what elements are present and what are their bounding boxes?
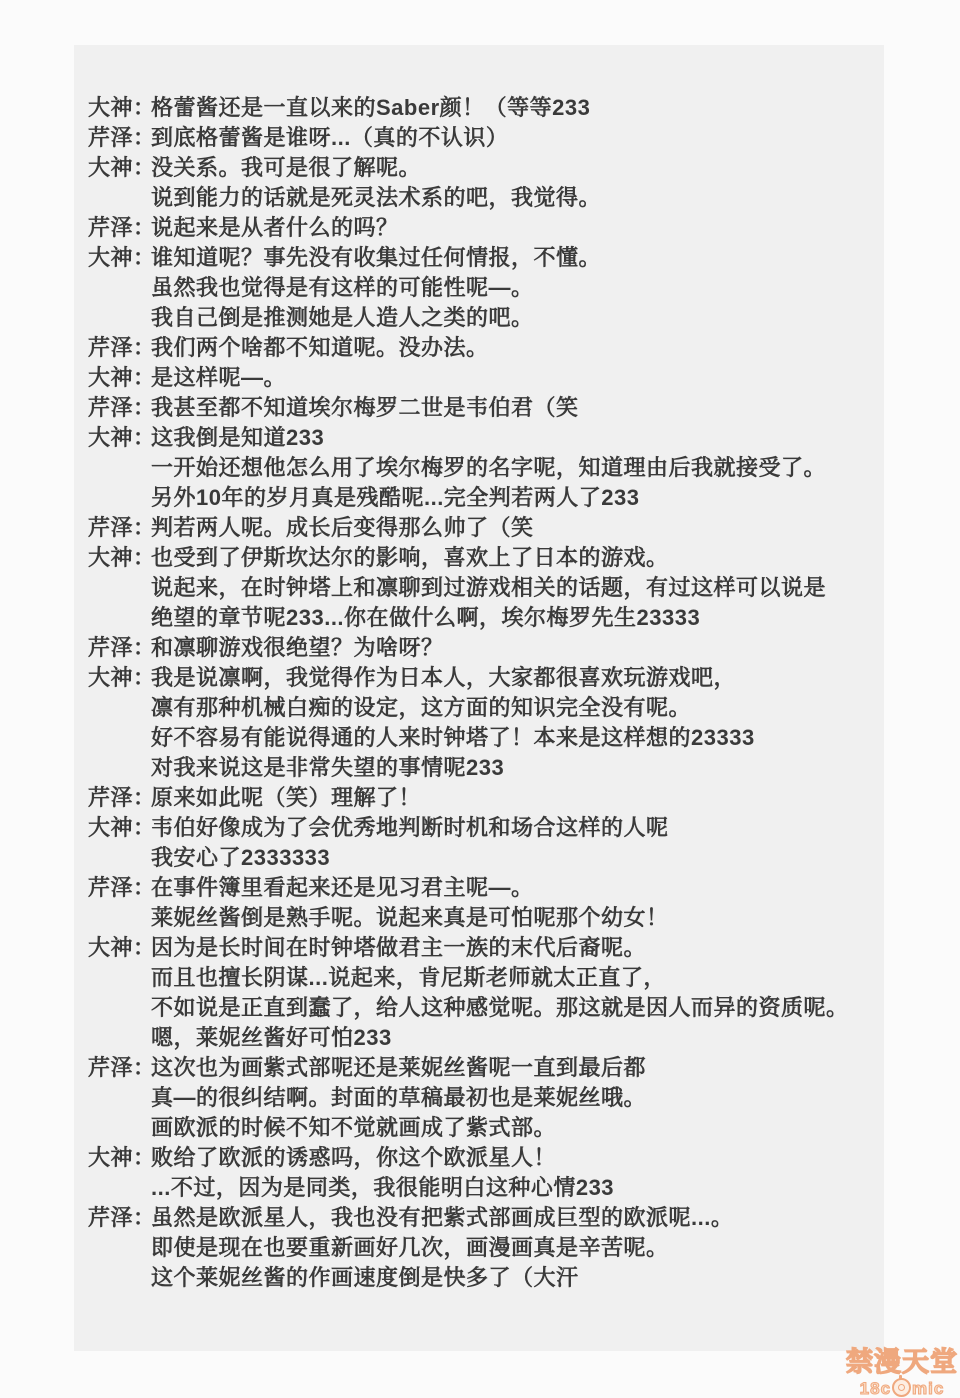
speech-line: 即使是现在也要重新画好几次，画漫画真是辛苦呢。 (151, 1233, 874, 1263)
speaker-label: 芹泽： (88, 393, 151, 423)
speech-line: 败给了欧派的诱惑吗，你这个欧派星人！ (151, 1143, 874, 1173)
speech-lines: 我是说凛啊，我觉得作为日本人，大家都很喜欢玩游戏吧，凛有那种机械白痴的设定，这方… (151, 663, 874, 783)
speech-line: 原来如此呢（笑）理解了！ (151, 783, 874, 813)
speech-lines: 没关系。我可是很了解呢。说到能力的话就是死灵法术系的吧，我觉得。 (151, 153, 874, 213)
watermark-logo-prefix: 18c (860, 1379, 891, 1398)
speech-line: 和凛聊游戏很绝望？为啥呀？ (151, 633, 874, 663)
speech-lines: 说起来是从者什么的吗？ (151, 213, 874, 243)
dialogue-entry: 大神：也受到了伊斯坎达尔的影响，喜欢上了日本的游戏。说起来，在时钟塔上和凛聊到过… (88, 543, 874, 633)
speech-lines: 是这样呢—。 (151, 363, 874, 393)
speech-line: 说到能力的话就是死灵法术系的吧，我觉得。 (151, 183, 874, 213)
speech-line: 判若两人呢。成长后变得那么帅了（笑 (151, 513, 874, 543)
speech-line: 我甚至都不知道埃尔梅罗二世是韦伯君（笑 (151, 393, 874, 423)
speech-lines: 因为是长时间在时钟塔做君主一族的末代后裔呢。而且也擅长阴谋...说起来，肯尼斯老… (151, 933, 874, 1053)
speech-line: 不如说是正直到蠢了，给人这种感觉呢。那这就是因人而异的资质呢。 (151, 993, 874, 1023)
speaker-label: 芹泽： (88, 123, 151, 153)
speech-line: 我是说凛啊，我觉得作为日本人，大家都很喜欢玩游戏吧， (151, 663, 874, 693)
speech-line: ...不过，因为是同类，我很能明白这种心情233 (151, 1173, 874, 1203)
dialogue-entry: 芹泽：我们两个啥都不知道呢。没办法。 (88, 333, 874, 363)
speech-line: 因为是长时间在时钟塔做君主一族的末代后裔呢。 (151, 933, 874, 963)
speaker-label: 大神： (88, 1143, 151, 1173)
dialogue-entry: 芹泽：我甚至都不知道埃尔梅罗二世是韦伯君（笑 (88, 393, 874, 423)
speaker-label: 大神： (88, 933, 151, 963)
dialogue-entry: 芹泽：在事件簿里看起来还是见习君主呢—。莱妮丝酱倒是熟手呢。说起来真是可怕呢那个… (88, 873, 874, 933)
dialogue-entry: 芹泽：到底格蕾酱是谁呀...（真的不认识） (88, 123, 874, 153)
speech-line: 到底格蕾酱是谁呀...（真的不认识） (151, 123, 874, 153)
speech-lines: 这次也为画紫式部呢还是莱妮丝酱呢一直到最后都真—的很纠结啊。封面的草稿最初也是莱… (151, 1053, 874, 1143)
speech-lines: 到底格蕾酱是谁呀...（真的不认识） (151, 123, 874, 153)
speech-lines: 在事件簿里看起来还是见习君主呢—。莱妮丝酱倒是熟手呢。说起来真是可怕呢那个幼女！ (151, 873, 874, 933)
speech-lines: 韦伯好像成为了会优秀地判断时机和场合这样的人呢我安心了2333333 (151, 813, 874, 873)
speaker-label: 芹泽： (88, 1053, 151, 1083)
speaker-label: 芹泽： (88, 513, 151, 543)
speech-lines: 也受到了伊斯坎达尔的影响，喜欢上了日本的游戏。说起来，在时钟塔上和凛聊到过游戏相… (151, 543, 874, 633)
speaker-label: 大神： (88, 423, 151, 453)
speaker-label: 芹泽： (88, 633, 151, 663)
speech-line: 谁知道呢？事先没有收集过任何情报，不懂。 (151, 243, 874, 273)
speech-line: 虽然是欧派星人，我也没有把紫式部画成巨型的欧派呢...。 (151, 1203, 874, 1233)
dialogue-entry: 芹泽：判若两人呢。成长后变得那么帅了（笑 (88, 513, 874, 543)
speaker-label: 芹泽： (88, 333, 151, 363)
speech-line: 是这样呢—。 (151, 363, 874, 393)
dialogue-entry: 大神：是这样呢—。 (88, 363, 874, 393)
speaker-label: 大神： (88, 663, 151, 693)
speech-line: 对我来说这是非常失望的事情呢233 (151, 753, 874, 783)
speech-line: 另外10年的岁月真是残酷呢...完全判若两人了233 (151, 483, 874, 513)
scanned-document-view: { "page": { "background_color": "#fbfbfb… (0, 0, 960, 1398)
watermark-site-name: 禁漫天堂 (846, 1349, 958, 1376)
speech-line: 莱妮丝酱倒是熟手呢。说起来真是可怕呢那个幼女！ (151, 903, 874, 933)
speaker-label: 芹泽： (88, 213, 151, 243)
dialogue-entry: 大神：我是说凛啊，我觉得作为日本人，大家都很喜欢玩游戏吧，凛有那种机械白痴的设定… (88, 663, 874, 783)
speaker-label: 芹泽： (88, 873, 151, 903)
speaker-label: 大神： (88, 153, 151, 183)
watermark: 禁漫天堂 18cmic (846, 1349, 958, 1397)
speech-line: 说起来是从者什么的吗？ (151, 213, 874, 243)
speech-lines: 原来如此呢（笑）理解了！ (151, 783, 874, 813)
speech-line: 我们两个啥都不知道呢。没办法。 (151, 333, 874, 363)
speech-line: 而且也擅长阴谋...说起来，肯尼斯老师就太正直了， (151, 963, 874, 993)
speech-lines: 我们两个啥都不知道呢。没办法。 (151, 333, 874, 363)
speech-line: 绝望的章节呢233...你在做什么啊，埃尔梅罗先生23333 (151, 603, 874, 633)
scanned-page: 大神：格蕾酱还是一直以来的Saber颜！（等等233芹泽：到底格蕾酱是谁呀...… (74, 45, 884, 1351)
speech-line: 我安心了2333333 (151, 843, 874, 873)
dialogue-entry: 大神：格蕾酱还是一直以来的Saber颜！（等等233 (88, 93, 874, 123)
speech-line: 凛有那种机械白痴的设定，这方面的知识完全没有呢。 (151, 693, 874, 723)
speech-line: 格蕾酱还是一直以来的Saber颜！（等等233 (151, 93, 874, 123)
dialogue-entry: 大神：这我倒是知道233一开始还想他怎么用了埃尔梅罗的名字呢，知道理由后我就接受… (88, 423, 874, 513)
speaker-label: 芹泽： (88, 1203, 151, 1233)
speaker-label: 大神： (88, 813, 151, 843)
dialogue-entry: 芹泽：虽然是欧派星人，我也没有把紫式部画成巨型的欧派呢...。即使是现在也要重新… (88, 1203, 874, 1293)
watermark-logo: 18cmic (846, 1378, 958, 1397)
dialogue-entry: 大神：谁知道呢？事先没有收集过任何情报，不懂。虽然我也觉得是有这样的可能性呢—。… (88, 243, 874, 333)
speech-line: 没关系。我可是很了解呢。 (151, 153, 874, 183)
dialogue-entry: 芹泽：这次也为画紫式部呢还是莱妮丝酱呢一直到最后都真—的很纠结啊。封面的草稿最初… (88, 1053, 874, 1143)
speech-lines: 判若两人呢。成长后变得那么帅了（笑 (151, 513, 874, 543)
speaker-label: 芹泽： (88, 783, 151, 813)
speaker-label: 大神： (88, 543, 151, 573)
speech-lines: 败给了欧派的诱惑吗，你这个欧派星人！...不过，因为是同类，我很能明白这种心情2… (151, 1143, 874, 1203)
speech-line: 虽然我也觉得是有这样的可能性呢—。 (151, 273, 874, 303)
dialogue-entry: 大神：因为是长时间在时钟塔做君主一族的末代后裔呢。而且也擅长阴谋...说起来，肯… (88, 933, 874, 1053)
speech-line: 在事件簿里看起来还是见习君主呢—。 (151, 873, 874, 903)
speech-line: 这个莱妮丝酱的作画速度倒是快多了（大汗 (151, 1263, 874, 1293)
dialogue-entry: 芹泽：和凛聊游戏很绝望？为啥呀？ (88, 633, 874, 663)
speech-lines: 我甚至都不知道埃尔梅罗二世是韦伯君（笑 (151, 393, 874, 423)
speech-line: 我自己倒是推测她是人造人之类的吧。 (151, 303, 874, 333)
speaker-label: 大神： (88, 93, 151, 123)
dialogue-entry: 大神：没关系。我可是很了解呢。说到能力的话就是死灵法术系的吧，我觉得。 (88, 153, 874, 213)
speech-lines: 这我倒是知道233一开始还想他怎么用了埃尔梅罗的名字呢，知道理由后我就接受了。另… (151, 423, 874, 513)
speaker-label: 大神： (88, 363, 151, 393)
speaker-label: 大神： (88, 243, 151, 273)
speech-line: 嗯，莱妮丝酱好可怕233 (151, 1023, 874, 1053)
speech-line: 画欧派的时候不知不觉就画成了紫式部。 (151, 1113, 874, 1143)
dialogue-entry: 大神：韦伯好像成为了会优秀地判断时机和场合这样的人呢我安心了2333333 (88, 813, 874, 873)
watermark-logo-suffix: mic (912, 1379, 944, 1398)
speech-line: 一开始还想他怎么用了埃尔梅罗的名字呢，知道理由后我就接受了。 (151, 453, 874, 483)
speech-lines: 和凛聊游戏很绝望？为啥呀？ (151, 633, 874, 663)
dialogue-transcript: 大神：格蕾酱还是一直以来的Saber颜！（等等233芹泽：到底格蕾酱是谁呀...… (88, 93, 874, 1293)
speech-line: 真—的很纠结啊。封面的草稿最初也是莱妮丝哦。 (151, 1083, 874, 1113)
speech-lines: 谁知道呢？事先没有收集过任何情报，不懂。虽然我也觉得是有这样的可能性呢—。我自己… (151, 243, 874, 333)
speech-lines: 虽然是欧派星人，我也没有把紫式部画成巨型的欧派呢...。即使是现在也要重新画好几… (151, 1203, 874, 1293)
speech-line: 这次也为画紫式部呢还是莱妮丝酱呢一直到最后都 (151, 1053, 874, 1083)
orange-fruit-icon (892, 1378, 911, 1397)
dialogue-entry: 芹泽：说起来是从者什么的吗？ (88, 213, 874, 243)
speech-line: 好不容易有能说得通的人来时钟塔了！本来是这样想的23333 (151, 723, 874, 753)
speech-line: 也受到了伊斯坎达尔的影响，喜欢上了日本的游戏。 (151, 543, 874, 573)
dialogue-entry: 大神：败给了欧派的诱惑吗，你这个欧派星人！...不过，因为是同类，我很能明白这种… (88, 1143, 874, 1203)
dialogue-entry: 芹泽：原来如此呢（笑）理解了！ (88, 783, 874, 813)
speech-line: 说起来，在时钟塔上和凛聊到过游戏相关的话题，有过这样可以说是 (151, 573, 874, 603)
speech-line: 韦伯好像成为了会优秀地判断时机和场合这样的人呢 (151, 813, 874, 843)
speech-lines: 格蕾酱还是一直以来的Saber颜！（等等233 (151, 93, 874, 123)
speech-line: 这我倒是知道233 (151, 423, 874, 453)
